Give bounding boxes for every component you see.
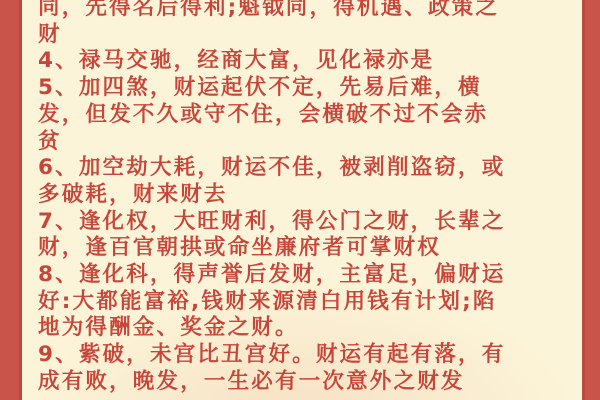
text-line: 5、加四煞，财运起伏不定，先易后难，横 xyxy=(38,75,578,102)
item-9: 9、紫破，未宫比丑宫好。财运有起有落，有 成有败，晚发，一生必有一次意外之财发 xyxy=(38,342,578,395)
text-line: 好:大都能富裕,钱财来源清白用钱有计划;陷 xyxy=(38,289,578,316)
text-line: 4、禄马交驰，经商大富，见化禄亦是 xyxy=(38,48,578,75)
text-line: 同，先得名后得利;魁钺同，得机遇、政策之 xyxy=(38,0,578,22)
text-line: 贫 xyxy=(38,129,578,156)
text-body: 同，先得名后得利;魁钺同，得机遇、政策之 财 4、禄马交驰，经商大富，见化禄亦是… xyxy=(38,0,578,396)
document-page: 同，先得名后得利;魁钺同，得机遇、政策之 财 4、禄马交驰，经商大富，见化禄亦是… xyxy=(0,0,600,400)
text-line: 财 xyxy=(38,22,578,49)
text-line: 6、加空劫大耗，财运不佳，被剥削盗窃，或 xyxy=(38,155,578,182)
text-line: 地为得酬金、奖金之财。 xyxy=(38,315,578,342)
right-red-border xyxy=(582,0,600,400)
text-line: 多破耗，财来财去 xyxy=(38,182,578,209)
text-line: 发，但发不久或守不住，会横破不过不会赤 xyxy=(38,102,578,129)
left-red-border xyxy=(0,0,22,400)
item-4: 4、禄马交驰，经商大富，见化禄亦是 xyxy=(38,48,578,75)
text-line: 财，逢百官朝拱或命坐廉府者可掌财权 xyxy=(38,235,578,262)
item-5: 5、加四煞，财运起伏不定，先易后难，横 发，但发不久或守不住，会横破不过不会赤 … xyxy=(38,75,578,155)
text-line: 9、紫破，未宫比丑宫好。财运有起有落，有 xyxy=(38,342,578,369)
item-8: 8、逢化科，得声誉后发财，主富足，偏财运 好:大都能富裕,钱财来源清白用钱有计划… xyxy=(38,262,578,342)
text-line: 7、逢化权，大旺财利，得公门之财，长辈之 xyxy=(38,209,578,236)
text-line: 8、逢化科，得声誉后发财，主富足，偏财运 xyxy=(38,262,578,289)
text-line: 成有败，晚发，一生必有一次意外之财发 xyxy=(38,369,578,396)
item-7: 7、逢化权，大旺财利，得公门之财，长辈之 财，逢百官朝拱或命坐廉府者可掌财权 xyxy=(38,209,578,262)
item-6: 6、加空劫大耗，财运不佳，被剥削盗窃，或 多破耗，财来财去 xyxy=(38,155,578,208)
item-3-continuation: 同，先得名后得利;魁钺同，得机遇、政策之 财 xyxy=(38,0,578,48)
